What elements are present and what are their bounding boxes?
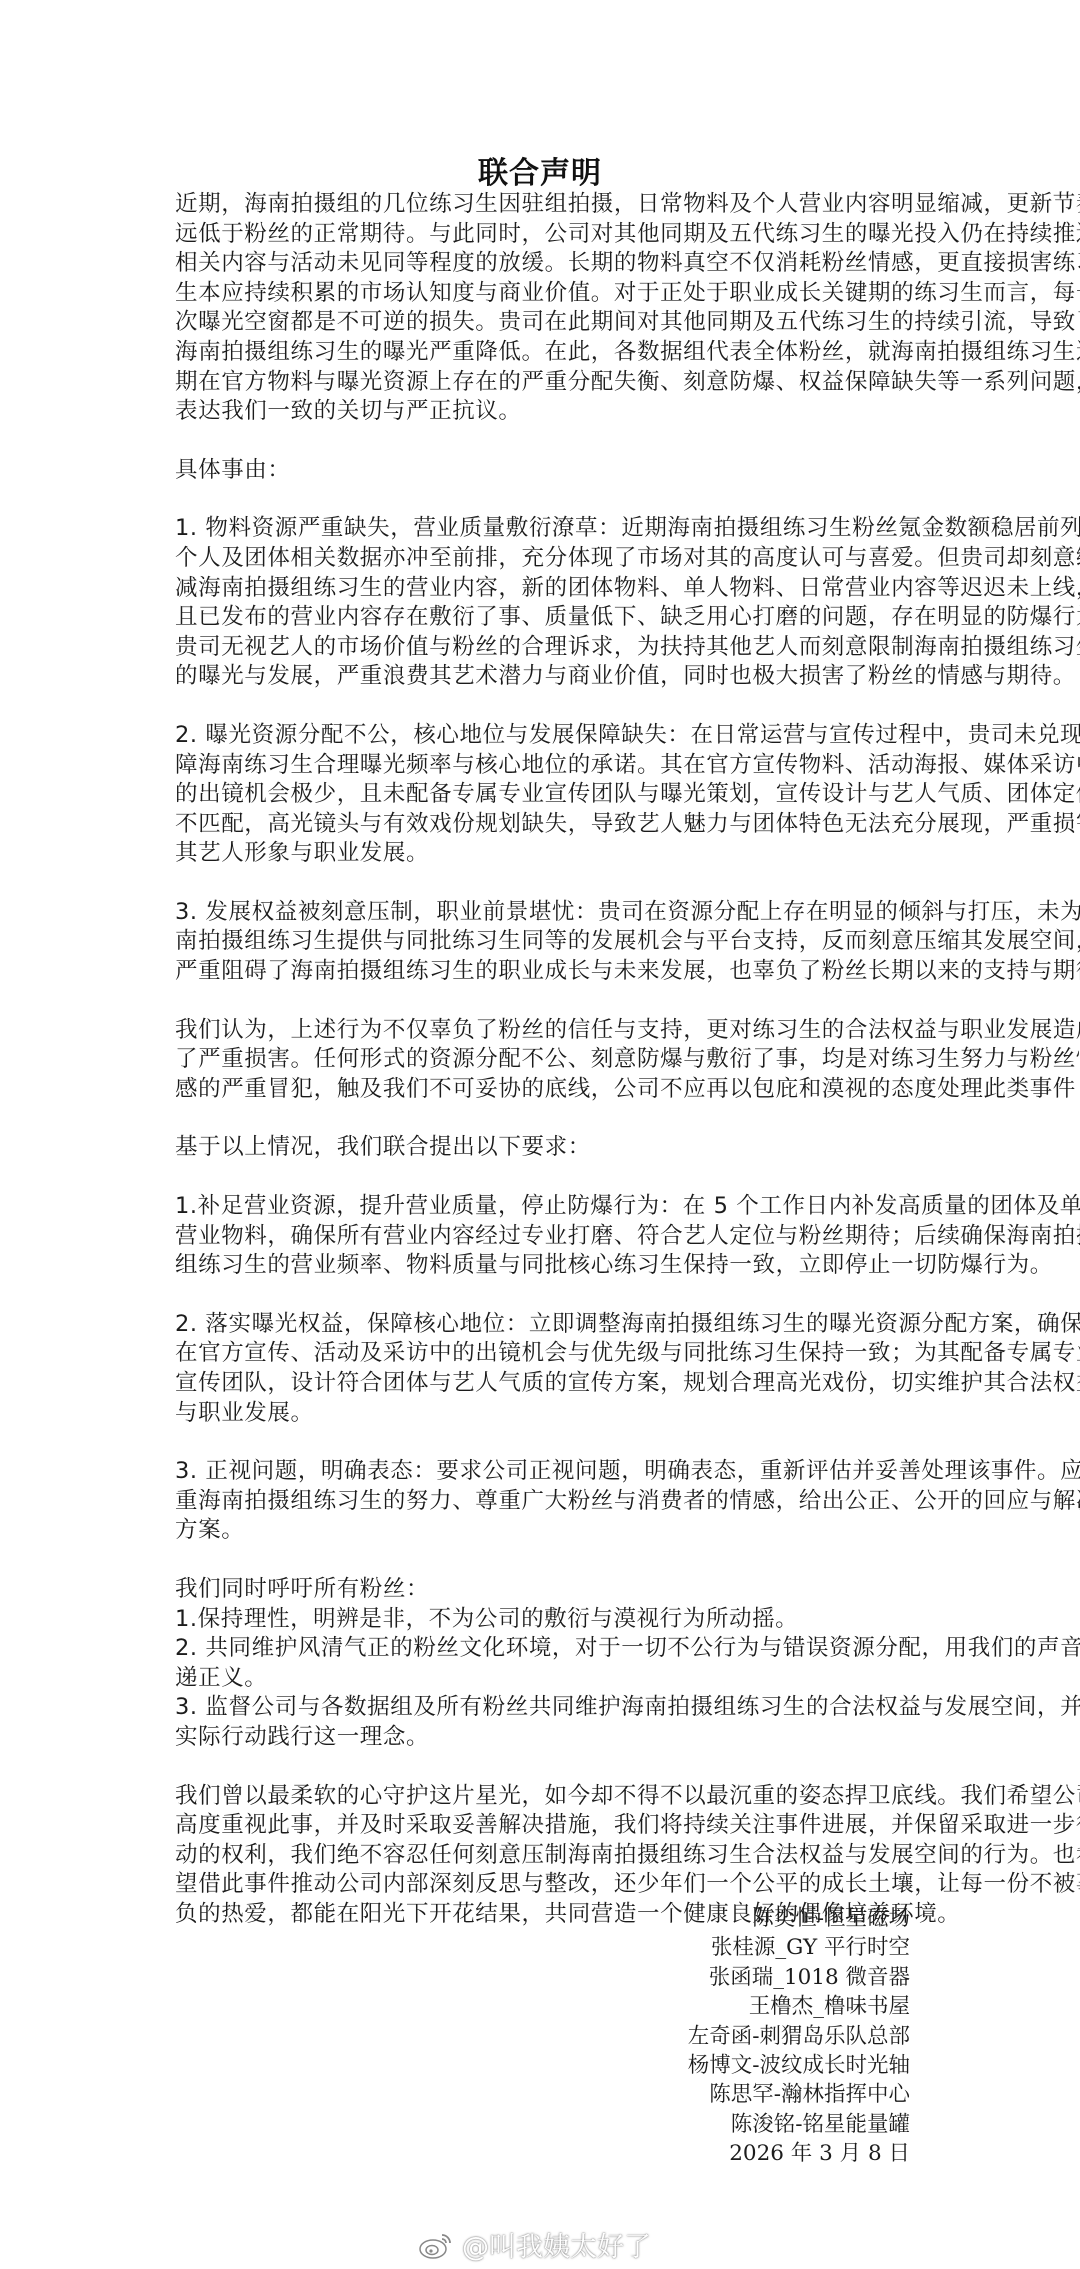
reason-item-2: 2. 曝光资源分配不公，核心地位与发展保障缺失：在日常运营与宣传过程中，贵司未兑… (175, 721, 915, 869)
text-line: 动的权利，我们绝不容忍任何刻意压制海南拍摄组练习生合法权益与发展空间的行为。也希 (175, 1841, 915, 1871)
position-paragraph: 我们认为，上述行为不仅辜负了粉丝的信任与支持，更对练习生的合法权益与职业发展造成… (175, 1016, 915, 1105)
text-line: 且已发布的营业内容存在敷衍了事、质量低下、缺乏用心打磨的问题，存在明显的防爆行为… (175, 603, 915, 633)
text-line: 1.保持理性，明辨是非，不为公司的敷衍与漠视行为所动摇。 (175, 1605, 915, 1635)
text-line: 减海南拍摄组练习生的营业内容，新的团体物料、单人物料、日常营业内容等迟迟未上线， (175, 574, 915, 604)
demand-item-3: 3. 正视问题，明确表态：要求公司正视问题，明确表态，重新评估并妥善处理该事件。… (175, 1457, 915, 1546)
text-line: 相关内容与活动未见同等程度的放缓。长期的物料真空不仅消耗粉丝情感，更直接损害练习 (175, 249, 915, 279)
signatory: 杨博文-波纹成长时光轴 (688, 2051, 910, 2080)
text-line: 障海南练习生合理曝光频率与核心地位的承诺。其在官方宣传物料、活动海报、媒体采访中 (175, 751, 915, 781)
text-line: 递正义。 (175, 1664, 915, 1694)
text-line: 的曝光与发展，严重浪费其艺术潜力与商业价值，同时也极大损害了粉丝的情感与期待。 (175, 662, 915, 692)
text-line: 近期，海南拍摄组的几位练习生因驻组拍摄，日常物料及个人营业内容明显缩减，更新节奏 (175, 190, 915, 220)
text-line: 望借此事件推动公司内部深刻反思与整改，还少年们一个公平的成长土壤，让每一份不被辜 (175, 1870, 915, 1900)
text-line: 方案。 (175, 1516, 915, 1546)
reasons-heading: 具体事由： (175, 456, 915, 486)
watermark: @叫我姨太好了 (418, 2225, 651, 2264)
text-line: 严重阻碍了海南拍摄组练习生的职业成长与未来发展，也辜负了粉丝长期以来的支持与期待… (175, 957, 915, 987)
text-line: 表达我们一致的关切与严正抗议。 (175, 397, 915, 427)
text-line: 不匹配，高光镜头与有效戏份规划缺失，导致艺人魅力与团体特色无法充分展现，严重损害 (175, 810, 915, 840)
signatories-block: 陈奕恒-恒星磁场 张桂源_GY 平行时空 张函瑞_1018 微音器 王橹杰_橹味… (688, 1904, 910, 2169)
text-line: 了严重损害。任何形式的资源分配不公、刻意防爆与敷衍了事，均是对练习生努力与粉丝情 (175, 1045, 915, 1075)
document-body: 近期，海南拍摄组的几位练习生因驻组拍摄，日常物料及个人营业内容明显缩减，更新节奏… (175, 190, 915, 1959)
text-line: 次曝光空窗都是不可逆的损失。贵司在此期间对其他同期及五代练习生的持续引流，导致了 (175, 308, 915, 338)
reason-item-3: 3. 发展权益被刻意压制，职业前景堪忧：贵司在资源分配上存在明显的倾斜与打压，未… (175, 898, 915, 987)
weibo-icon (418, 2230, 454, 2260)
signatory: 张桂源_GY 平行时空 (688, 1933, 910, 1962)
signatory: 张函瑞_1018 微音器 (688, 1963, 910, 1992)
signatory: 陈浚铭-铭星能量罐 (688, 2110, 910, 2139)
document-title: 联合声明 (0, 148, 1080, 192)
text-line: 3. 正视问题，明确表态：要求公司正视问题，明确表态，重新评估并妥善处理该事件。… (175, 1457, 915, 1487)
text-line: 贵司无视艺人的市场价值与粉丝的合理诉求，为扶持其他艺人而刻意限制海南拍摄组练习生 (175, 633, 915, 663)
text-line: 2. 共同维护风清气正的粉丝文化环境，对于一切不公行为与错误资源分配，用我们的声… (175, 1634, 915, 1664)
section-heading: 具体事由： (175, 456, 915, 486)
text-line: 在官方宣传、活动及采访中的出镜机会与优先级与同批练习生保持一致；为其配备专属专业 (175, 1339, 915, 1369)
text-line: 远低于粉丝的正常期待。与此同时，公司对其他同期及五代练习生的曝光投入仍在持续推进… (175, 220, 915, 250)
text-line: 期在官方物料与曝光资源上存在的严重分配失衡、刻意防爆、权益保障缺失等一系列问题， (175, 368, 915, 398)
text-line: 营业物料，确保所有营业内容经过专业打磨、符合艺人定位与粉丝期待；后续确保海南拍摄 (175, 1222, 915, 1252)
text-line: 2. 曝光资源分配不公，核心地位与发展保障缺失：在日常运营与宣传过程中，贵司未兑… (175, 721, 915, 751)
signatory: 陈奕恒-恒星磁场 (688, 1904, 910, 1933)
intro-paragraph: 近期，海南拍摄组的几位练习生因驻组拍摄，日常物料及个人营业内容明显缩减，更新节奏… (175, 190, 915, 427)
text-line: 组练习生的营业频率、物料质量与同批核心练习生保持一致，立即停止一切防爆行为。 (175, 1251, 915, 1281)
text-line: 南拍摄组练习生提供与同批练习生同等的发展机会与平台支持，反而刻意压缩其发展空间， (175, 927, 915, 957)
text-line: 1. 物料资源严重缺失，营业质量敷衍潦草：近期海南拍摄组练习生粉丝氪金数额稳居前… (175, 514, 915, 544)
text-line: 与职业发展。 (175, 1399, 915, 1429)
text-line: 个人及团体相关数据亦冲至前排，充分体现了市场对其的高度认可与喜爱。但贵司却刻意缩 (175, 544, 915, 574)
signatory: 左奇函-刺猬岛乐队总部 (688, 2022, 910, 2051)
text-line: 2. 落实曝光权益，保障核心地位：立即调整海南拍摄组练习生的曝光资源分配方案，确… (175, 1310, 915, 1340)
signatory: 王橹杰_橹味书屋 (688, 1992, 910, 2021)
text-line: 3. 发展权益被刻意压制，职业前景堪忧：贵司在资源分配上存在明显的倾斜与打压，未… (175, 898, 915, 928)
signatory: 陈思罕-瀚林指挥中心 (688, 2080, 910, 2109)
watermark-text: @叫我姨太好了 (462, 2225, 651, 2264)
text-line: 高度重视此事，并及时采取妥善解决措施，我们将持续关注事件进展，并保留采取进一步行 (175, 1811, 915, 1841)
text-line: 3. 监督公司与各数据组及所有粉丝共同维护海南拍摄组练习生的合法权益与发展空间，… (175, 1693, 915, 1723)
text-line: 重海南拍摄组练习生的努力、尊重广大粉丝与消费者的情感，给出公正、公开的回应与解决 (175, 1487, 915, 1517)
demands-heading: 基于以上情况，我们联合提出以下要求： (175, 1133, 915, 1163)
text-line: 的出镜机会极少，且未配备专属专业宣传团队与曝光策划，宣传设计与艺人气质、团体定位 (175, 780, 915, 810)
text-line: 宣传团队，设计符合团体与艺人气质的宣传方案，规划合理高光戏份，切实维护其合法权益 (175, 1369, 915, 1399)
text-line: 其艺人形象与职业发展。 (175, 839, 915, 869)
text-line: 海南拍摄组练习生的曝光严重降低。在此，各数据组代表全体粉丝，就海南拍摄组练习生近 (175, 338, 915, 368)
text-line: 1.补足营业资源，提升营业质量，停止防爆行为：在 5 个工作日内补发高质量的团体… (175, 1192, 915, 1222)
text-line: 感的严重冒犯，触及我们不可妥协的底线，公司不应再以包庇和漠视的态度处理此类事件！ (175, 1075, 915, 1105)
text-line: 我们认为，上述行为不仅辜负了粉丝的信任与支持，更对练习生的合法权益与职业发展造成 (175, 1016, 915, 1046)
text-line: 生本应持续积累的市场认知度与商业价值。对于正处于职业成长关键期的练习生而言，每一 (175, 279, 915, 309)
demand-item-1: 1.补足营业资源，提升营业质量，停止防爆行为：在 5 个工作日内补发高质量的团体… (175, 1192, 915, 1281)
demand-item-2: 2. 落实曝光权益，保障核心地位：立即调整海南拍摄组练习生的曝光资源分配方案，确… (175, 1310, 915, 1428)
document-date: 2026 年 3 月 8 日 (688, 2139, 910, 2168)
appeal-section: 我们同时呼吁所有粉丝： 1.保持理性，明辨是非，不为公司的敷衍与漠视行为所动摇。… (175, 1575, 915, 1753)
reason-item-1: 1. 物料资源严重缺失，营业质量敷衍潦草：近期海南拍摄组练习生粉丝氪金数额稳居前… (175, 514, 915, 692)
text-line: 实际行动践行这一理念。 (175, 1723, 915, 1753)
text-line: 我们曾以最柔软的心守护这片星光，如今却不得不以最沉重的姿态捍卫底线。我们希望公司 (175, 1782, 915, 1812)
section-heading: 基于以上情况，我们联合提出以下要求： (175, 1133, 915, 1163)
section-heading: 我们同时呼吁所有粉丝： (175, 1575, 915, 1605)
